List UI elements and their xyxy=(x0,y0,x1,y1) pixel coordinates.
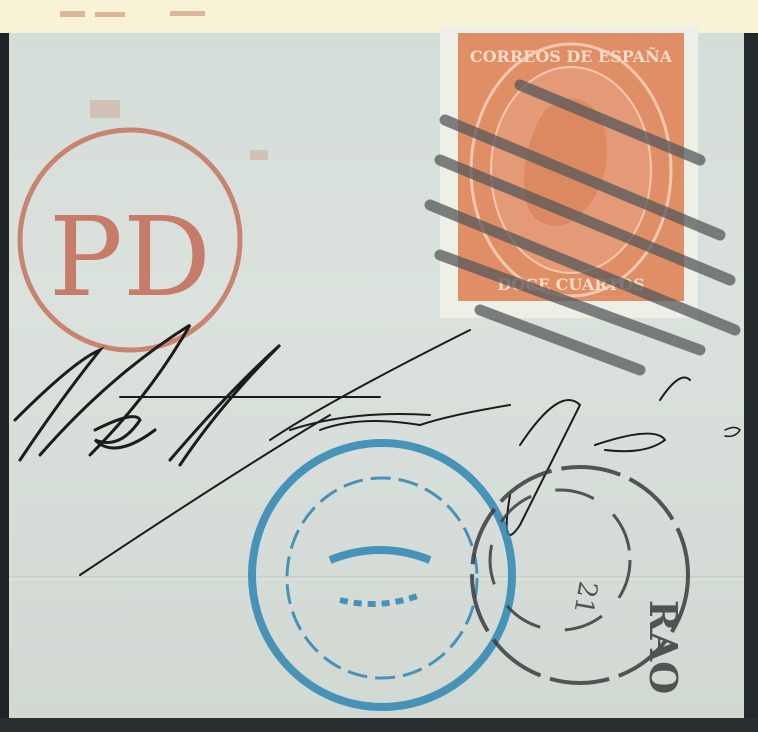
cover-artwork: CORREOS DE ESPAÑA DOCE CUARTOS PD xyxy=(0,0,758,732)
datestamp-day: 21 xyxy=(567,579,602,617)
black-datestamp: RAO 21 xyxy=(472,467,688,694)
datestamp-town: RAO xyxy=(641,600,686,694)
stamp-top-inscription: CORREOS DE ESPAÑA xyxy=(470,45,673,66)
pd-text: PD xyxy=(49,193,211,321)
red-pd-handstamp: PD xyxy=(20,130,240,350)
